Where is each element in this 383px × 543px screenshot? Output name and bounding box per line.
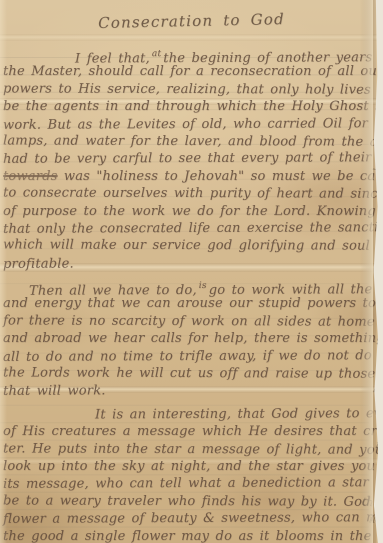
handwriting-text: flower a message of beauty & sweetness, … bbox=[3, 510, 383, 527]
handwriting-text: for there is no scarcity of work on all … bbox=[3, 313, 375, 329]
handwriting-text: which will make our service god glorifyi… bbox=[3, 238, 370, 254]
handwriting-text: look up into the sky at night, and the s… bbox=[3, 459, 375, 474]
handwritten-line: the good a single flower may do as it bl… bbox=[3, 528, 377, 543]
handwriting-text: to consecrate ourselves with purity of h… bbox=[3, 185, 383, 201]
inserted-word: is bbox=[199, 281, 207, 291]
left-paper-edge bbox=[0, 0, 7, 543]
handwriting-text: the good a single flower may do as it bl… bbox=[3, 529, 383, 543]
handwriting-text: of purpose to the work we do for the Lor… bbox=[3, 204, 376, 219]
handwritten-line: which will make our service god glorifyi… bbox=[3, 237, 377, 256]
handwriting-text: powers to His service, realizing, that o… bbox=[3, 81, 383, 97]
handwritten-line: be the agents in and through which the H… bbox=[3, 98, 377, 115]
handwritten-line: of His creatures a message which He desi… bbox=[3, 423, 377, 440]
handwriting-text: I feel that, bbox=[75, 51, 150, 66]
handwriting-text: the Lords work he will cut us off and ra… bbox=[3, 365, 375, 381]
handwritten-line: and abroad we hear calls for help, there… bbox=[3, 330, 377, 347]
handwritten-line: Then all we have to do,isgo to work with… bbox=[3, 277, 377, 296]
handwritten-line: powers to His service, realizing, that o… bbox=[3, 80, 377, 99]
struck-out-word: towards bbox=[3, 169, 58, 184]
handwriting-text: ter. He puts into the star a message of … bbox=[3, 441, 383, 457]
inserted-word: at bbox=[152, 49, 161, 59]
handwriting-text: that will work. bbox=[3, 384, 106, 399]
letter-body: I feel that,atthe begining of another ye… bbox=[3, 46, 377, 543]
handwriting-text: its message, who can tell what a benedic… bbox=[3, 475, 383, 492]
handwriting-text: work. But as the Levites of old, who car… bbox=[3, 116, 383, 133]
handwriting-text: be the agents in and through which the H… bbox=[3, 99, 383, 114]
handwriting-text: lamps, and water for the laver, and bloo… bbox=[3, 133, 383, 149]
paragraph: I feel that,atthe begining of another ye… bbox=[3, 46, 377, 272]
handwritten-line: had to be very carful to see that every … bbox=[3, 150, 377, 169]
handwritten-line: its message, who can tell what a benedic… bbox=[3, 475, 377, 494]
handwritten-line: of purpose to the work we do for the Lor… bbox=[3, 203, 377, 220]
handwritten-line: towards was "holiness to Jehovah" so mus… bbox=[3, 168, 377, 185]
handwritten-line: be to a weary traveler who finds his way… bbox=[3, 492, 377, 511]
handwriting-text: the begining of another years work for bbox=[163, 50, 383, 66]
handwriting-text: was "holiness to Jehovah" so must we be … bbox=[58, 169, 383, 184]
handwritten-line: I feel that,atthe begining of another ye… bbox=[3, 45, 377, 64]
handwritten-line: It is an interesting, that God gives to … bbox=[3, 405, 377, 424]
handwritten-line: ter. He puts into the star a message of … bbox=[3, 440, 377, 459]
scanned-letter: Consecration to God I feel that,atthe be… bbox=[0, 0, 383, 543]
paragraph: It is an interesting, that God gives to … bbox=[3, 406, 377, 543]
torn-edge-highlight bbox=[361, 0, 373, 543]
fold-crease bbox=[0, 34, 383, 41]
handwriting-text: that only the consecrated life can exerc… bbox=[3, 220, 383, 237]
handwriting-text: all to do and no time to trifle away, if… bbox=[3, 348, 372, 365]
handwriting-text: and abroad we hear calls for help, there… bbox=[3, 331, 383, 346]
handwriting-text: It is an interesting, that God gives to … bbox=[95, 406, 383, 422]
handwriting-text: be to a weary traveler who finds his way… bbox=[3, 493, 383, 509]
handwriting-text: had to be very carful to see that every … bbox=[3, 150, 383, 167]
handwritten-line: work. But as the Levites of old, who car… bbox=[3, 115, 377, 134]
handwritten-line: flower a message of beauty & sweetness, … bbox=[3, 509, 377, 528]
handwriting-text: Then all we have to do, bbox=[29, 283, 197, 299]
handwriting-text: and energy that we can arouse our stupid… bbox=[3, 296, 376, 311]
handwriting-text: profitable. bbox=[3, 256, 74, 271]
handwritten-line: profitable. bbox=[3, 254, 377, 273]
handwriting-text: go to work with all the zest bbox=[209, 282, 383, 298]
handwriting-text: the Master, should call for a reconsecra… bbox=[3, 64, 383, 79]
handwriting-text: of His creatures a message which He desi… bbox=[3, 424, 383, 439]
handwritten-line: for there is no scarcity of work on all … bbox=[3, 312, 377, 331]
handwritten-line: that only the consecrated life can exerc… bbox=[3, 219, 377, 238]
paragraph: Then all we have to do,isgo to work with… bbox=[3, 278, 377, 400]
handwritten-line: all to do and no time to trifle away, if… bbox=[3, 347, 377, 366]
handwritten-line: look up into the sky at night, and the s… bbox=[3, 458, 377, 475]
handwritten-line: the Lords work he will cut us off and ra… bbox=[3, 364, 377, 383]
handwritten-line: to consecrate ourselves with purity of h… bbox=[3, 184, 377, 203]
handwritten-line: lamps, and water for the laver, and bloo… bbox=[3, 132, 377, 151]
handwritten-line: that will work. bbox=[3, 382, 377, 401]
